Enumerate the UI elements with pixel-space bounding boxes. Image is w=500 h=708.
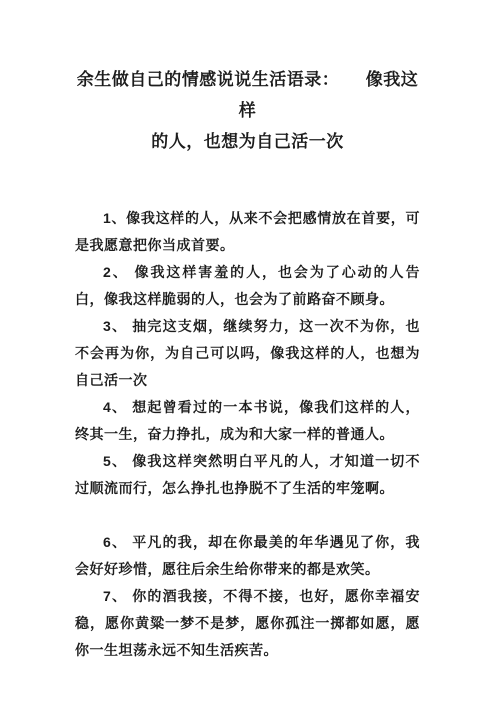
paragraph-2: 2、 像我这样害羞的人，也会为了心动的人告白，像我这样脆弱的人，也会为了前路奋不… xyxy=(75,259,420,313)
document-title: 余生做自己的情感说说生活语录： 像我这样 的人，也想为自己活一次 xyxy=(75,64,420,157)
document-page: 余生做自己的情感说说生活语录： 像我这样 的人，也想为自己活一次 1、像我这样的… xyxy=(0,0,500,708)
paragraph-3: 3、 抽完这支烟，继续努力，这一次不为你，也不会再为你，为自己可以吗，像我这样的… xyxy=(75,313,420,394)
document-title-line-1: 余生做自己的情感说说生活语录： 像我这样 xyxy=(75,64,420,126)
paragraph-5: 5、 像我这样突然明白平凡的人，才知道一切不过顺流而行，怎么挣扎也挣脱不了生活的… xyxy=(75,448,420,502)
paragraph-7: 7、 你的酒我接，不得不接，也好，愿你幸福安稳，愿你黄粱一梦不是梦，愿你孤注一掷… xyxy=(75,583,420,664)
document-body: 1、像我这样的人，从来不会把感情放在首要，可是我愿意把你当成首要。 2、 像我这… xyxy=(75,205,420,664)
paragraph-4: 4、 想起曾看过的一本书说，像我们这样的人，终其一生，奋力挣扎，成为和大家一样的… xyxy=(75,394,420,448)
paragraph-1: 1、像我这样的人，从来不会把感情放在首要，可是我愿意把你当成首要。 xyxy=(75,205,420,259)
document-title-line-2: 的人，也想为自己活一次 xyxy=(75,126,420,157)
paragraph-6: 6、 平凡的我，却在你最美的年华遇见了你，我会好好珍惜，愿往后余生给你带来的都是… xyxy=(75,529,420,583)
